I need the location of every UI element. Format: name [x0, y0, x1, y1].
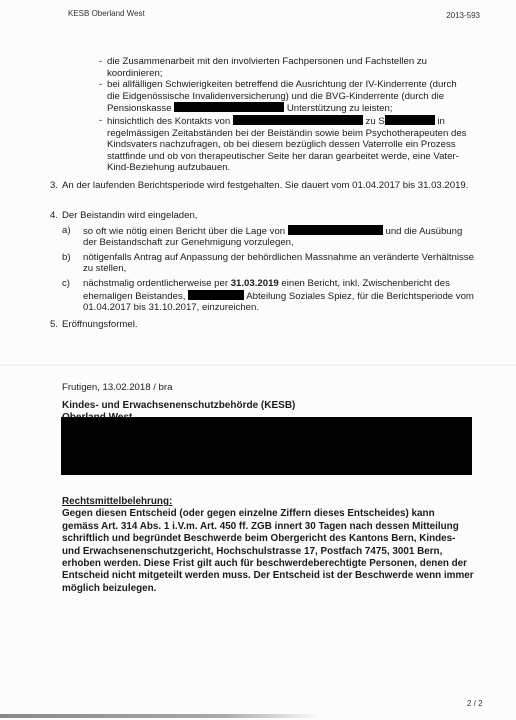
list-item: - bei allfälligen Schwierigkeiten betref…: [99, 79, 471, 115]
redaction: [385, 115, 435, 125]
appeal-notice: Rechtsmittelbelehrung: Gegen diesen Ents…: [62, 496, 474, 595]
redaction: [288, 225, 383, 235]
page-number: 2 / 2: [467, 699, 483, 708]
header-case-number: 2013-593: [446, 11, 480, 20]
scan-edge: [0, 714, 320, 718]
item-4: 4. Der Beistandin wird eingeladen, a) so…: [50, 210, 475, 314]
list-item: - die Zusammenarbeit mit den involvierte…: [99, 56, 471, 79]
header-organization: KESB Oberland West: [68, 9, 145, 18]
sub-item-a: a) so oft wie nötig einen Bericht über d…: [62, 225, 475, 249]
redaction: [233, 115, 363, 125]
document-page: KESB Oberland West 2013-593 - die Zusamm…: [0, 0, 516, 720]
duty-list: - die Zusammenarbeit mit den involvierte…: [99, 56, 471, 174]
redaction: [188, 290, 244, 300]
item-5: 5. Eröffnungsformel.: [50, 319, 475, 331]
list-item: - hinsichtlich des Kontakts von zu S in …: [99, 115, 471, 174]
place-date: Frutigen, 13.02.2018 / bra: [62, 382, 172, 393]
sub-item-b: b) nötigenfalls Antrag auf Anpassung der…: [62, 252, 475, 275]
item-3: 3. An der laufenden Berichtsperiode wird…: [50, 180, 475, 192]
sub-item-c: c) nächstmalig ordentlicherweise per 31.…: [62, 278, 475, 314]
signature-redaction: [61, 417, 472, 475]
redaction: [174, 102, 284, 112]
page-fold: [0, 364, 516, 367]
appeal-text: Gegen diesen Entscheid (oder gegen einze…: [62, 508, 474, 595]
appeal-title: Rechtsmittelbelehrung:: [62, 496, 474, 508]
